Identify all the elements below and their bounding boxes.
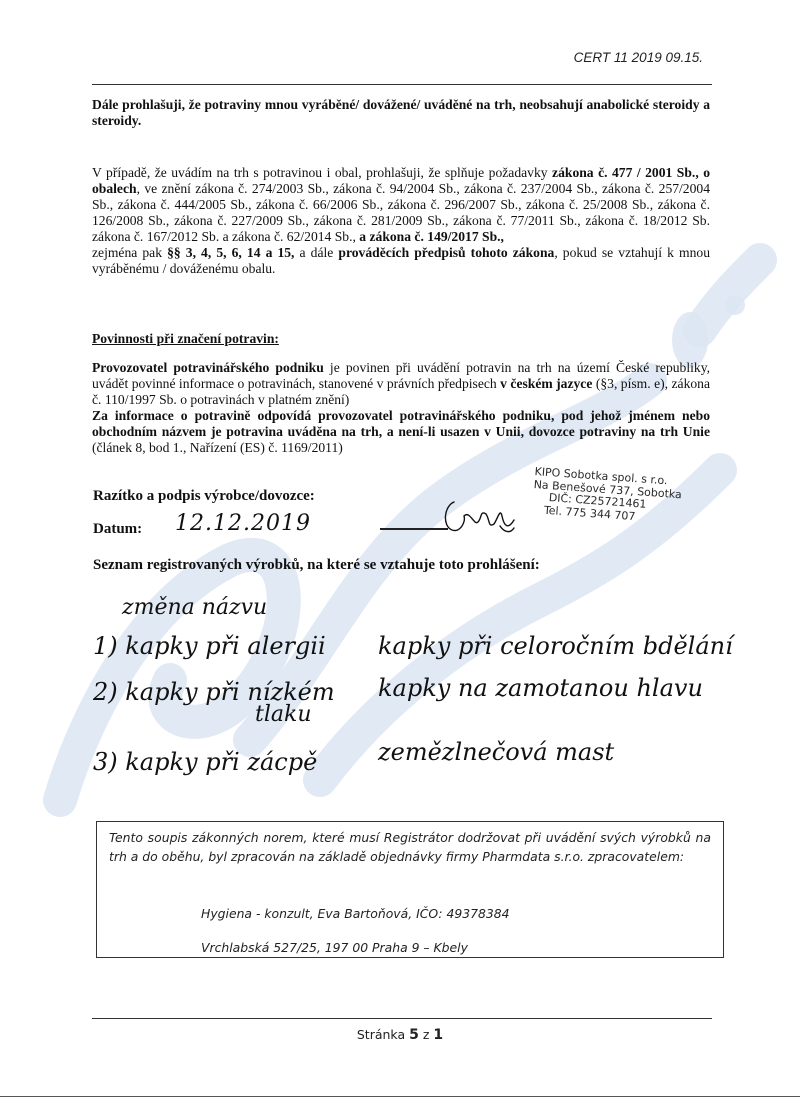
page-current: 5 — [409, 1027, 419, 1043]
page-separator: z — [419, 1027, 434, 1042]
product-list-heading: Seznam registrovaných výrobků, na které … — [93, 557, 540, 574]
page-number: Stránka 5 z 1 — [0, 1027, 800, 1043]
handwritten-list-title: změna názvu — [122, 595, 267, 620]
product-item-right: zemězlnečová mast — [378, 738, 614, 766]
notice-text: Tento soupis zákonných norem, které musí… — [109, 828, 711, 866]
language-requirement: v českém jazyce — [500, 376, 592, 391]
date-value-handwritten: 12.12.2019 — [175, 511, 311, 536]
operator-term: Provozovatel potravinářského podniku — [92, 360, 324, 375]
packaging-last-amendment: a zákona č. 149/2017 Sb., — [359, 229, 504, 244]
packaging-regulations: prováděcích předpisů tohoto zákona — [338, 245, 554, 260]
packaging-intro: V případě, že uvádím na trh s potravinou… — [92, 165, 552, 180]
company-stamp: KIPO Sobotka spol. s r.o. Na Benešové 73… — [532, 466, 684, 526]
product-item-left-continuation: tlaku — [255, 702, 312, 727]
product-item-right: kapky při celoročním bdělání — [378, 632, 733, 660]
labeling-heading: Povinnosti při značení potravin: — [92, 331, 710, 347]
header-divider — [92, 84, 712, 85]
product-item-left: 1) kapky při alergii — [93, 632, 326, 660]
notice-company: Hygiena - konzult, Eva Bartoňová, IČO: 4… — [201, 906, 510, 921]
document-code: CERT 11 2019 09.15. — [574, 50, 703, 65]
notice-address: Vrchlabská 527/25, 197 00 Praha 9 – Kbel… — [201, 940, 468, 955]
page-prefix: Stránka — [357, 1027, 409, 1042]
stamp-signature-label: Razítko a podpis výrobce/dovozce: — [93, 488, 315, 505]
packaging-declaration: V případě, že uvádím na trh s potravinou… — [92, 165, 710, 277]
page-edge-line — [0, 1096, 800, 1097]
signature-image — [440, 496, 520, 538]
labeling-obligations: Provozovatel potravinářského podniku je … — [92, 360, 710, 456]
product-item-left: 3) kapky při zácpě — [93, 748, 317, 776]
packaging-and-further: a dále — [294, 245, 338, 260]
packaging-sections: §§ 3, 4, 5, 6, 14 a 15, — [167, 245, 294, 260]
packaging-especially: zejména pak — [92, 245, 167, 260]
responsibility-reference: (článek 8, bod 1., Nařízení (ES) č. 1169… — [92, 440, 343, 455]
responsibility-text: Za informace o potravině odpovídá provoz… — [92, 408, 710, 439]
signature-line — [380, 528, 448, 530]
product-item-right: kapky na zamotanou hlavu — [378, 674, 703, 702]
date-label: Datum: — [93, 521, 142, 538]
page-total: 1 — [433, 1027, 443, 1043]
steroids-declaration: Dále prohlašuji, že potraviny mnou vyráb… — [92, 97, 710, 129]
footer-divider — [92, 1018, 712, 1019]
compiler-notice-box: Tento soupis zákonných norem, které musí… — [96, 821, 724, 958]
